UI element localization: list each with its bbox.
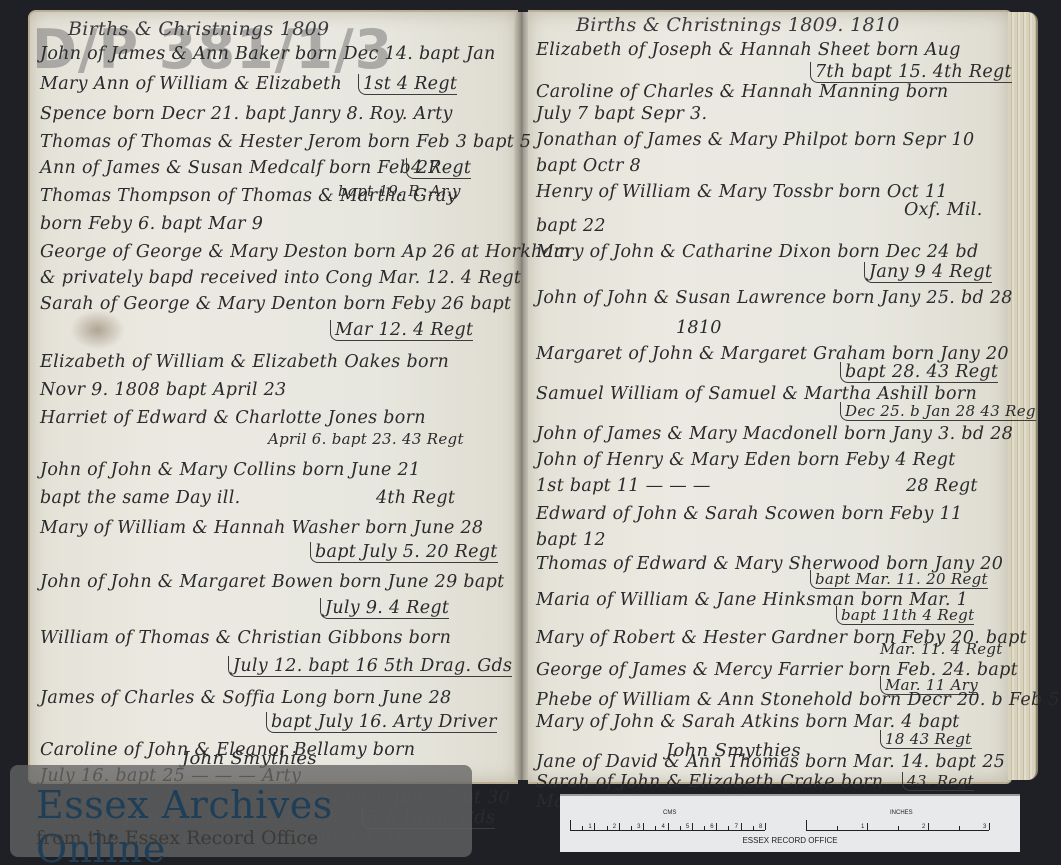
register-entry-line: 4 Regt — [406, 158, 471, 179]
ruler-minor-tick — [704, 826, 705, 830]
register-entry-line: 1810 — [676, 318, 722, 338]
ruler-tick-label: 2 — [613, 824, 616, 830]
ruler-tick — [741, 823, 742, 830]
register-entry-line: bapt 22 — [536, 216, 606, 236]
register-entry-line: Elizabeth of Joseph & Hannah Sheet born … — [536, 40, 961, 60]
register-entry-line: Mary of John & Catharine Dixon born Dec … — [536, 242, 979, 262]
ruler-tick — [594, 823, 595, 830]
register-entry-line: Mary of John & Sarah Atkins born Mar. 4 … — [536, 712, 960, 732]
register-entry-line: John of James & Mary Macdonell born Jany… — [536, 424, 1013, 444]
ruler-minor-tick — [728, 826, 729, 830]
ruler-tick — [867, 823, 868, 830]
register-entry-line: Edward of John & Sarah Scowen born Feby … — [536, 504, 962, 524]
ruler-minor-tick — [959, 826, 960, 830]
register-entry-line: 18 43 Regt — [880, 730, 972, 749]
register-entry-line: July 12. bapt 16 5th Drag. Gds — [228, 656, 512, 677]
right-page-signature: John Smythies — [666, 740, 801, 761]
register-entry-line: Novr 9. 1808 bapt April 23 — [40, 380, 287, 400]
register-entry-line: bapt the same Day ill. — [40, 488, 240, 508]
register-entry-line: July 7 bapt Sepr 3. — [536, 104, 707, 124]
ruler-tick — [692, 823, 693, 830]
register-entry-line: Mary Ann of William & Elizabeth — [40, 74, 342, 94]
ruler-minor-tick — [607, 826, 608, 830]
register-entry-line: Jany 9 4 Regt — [864, 262, 992, 283]
ruler-tick — [765, 823, 766, 830]
ruler-minor-tick — [753, 826, 754, 830]
ruler-minor-tick — [582, 826, 583, 830]
ruler-tick-label: 6 — [710, 824, 713, 830]
register-entry-line: Samuel William of Samuel & Martha Ashill… — [536, 384, 977, 404]
register-entry-line: William of Thomas & Christian Gibbons bo… — [40, 628, 451, 648]
ruler-tick — [928, 823, 929, 830]
ruler-tick-label: 3 — [983, 824, 986, 830]
ruler-minor-tick — [898, 826, 899, 830]
register-entry-line: 4th Regt — [376, 488, 455, 508]
ruler-minor-tick — [837, 826, 838, 830]
register-entry-line: bapt 12 — [536, 530, 606, 550]
cm-scale: 12345678 — [570, 820, 765, 831]
register-entry-line: 7th bapt 15. 4th Regt — [810, 62, 1012, 83]
left-page-heading: Births & Christnings 1809 — [68, 18, 329, 40]
inch-scale: 123 — [806, 820, 989, 831]
register-entry-line: Phebe of William & Ann Stonehold born De… — [536, 690, 1060, 710]
register-entry-line: John of John & Margaret Bowen born June … — [40, 572, 504, 592]
ruler-tick-label: 1 — [588, 824, 591, 830]
right-page-heading: Births & Christnings 1809. 1810 — [576, 14, 900, 36]
ruler-tick-label: 3 — [637, 824, 640, 830]
register-entry-line: Margaret of John & Margaret Graham born … — [536, 344, 1009, 364]
watermark-subtitle: from the Essex Record Office — [36, 827, 318, 849]
register-entry-line: Elizabeth of William & Elizabeth Oakes b… — [40, 352, 449, 372]
register-entry-line: George of George & Mary Deston born Ap 2… — [40, 242, 570, 262]
ruler-minor-tick — [680, 826, 681, 830]
inches-label: INCHES — [890, 810, 913, 816]
register-entry-line: bapt 11th 4 Regt — [836, 606, 974, 625]
register-entry-line: bapt Octr 8 — [536, 156, 641, 176]
ruler-tick — [989, 823, 990, 830]
register-entry-line: Mar 12. 4 Regt — [330, 320, 473, 341]
register-entry-line: Harriet of Edward & Charlotte Jones born — [40, 408, 426, 428]
register-entry-line: Thomas of Thomas & Hester Jerom born Feb… — [40, 132, 531, 152]
ruler-tick — [619, 823, 620, 830]
register-entry-line: Dec 25. b Jan 28 43 Reg — [840, 402, 1036, 421]
register-entry-line: bapt July 16. Arty Driver — [266, 712, 497, 733]
register-entry-line: July 9. 4 Regt — [320, 598, 449, 619]
register-entry-line: Jonathan of James & Mary Philpot born Se… — [536, 130, 974, 150]
register-entry-line: Mar. 11. 4 Regt — [880, 640, 1003, 658]
register-entry-line: Sarah of John & Elizabeth Crake born — [536, 772, 883, 792]
ruler-footer: ESSEX RECORD OFFICE — [560, 836, 1020, 845]
ruler-tick — [643, 823, 644, 830]
ruler-tick — [668, 823, 669, 830]
register-entry-line: bapt Mar. 11. 20 Regt — [810, 570, 988, 589]
register-entry-line: born Feby 6. bapt Mar 9 — [40, 214, 263, 234]
register-entry-line: 1st 4 Regt — [358, 74, 457, 95]
register-entry-line: John of James & Ann Baker born Dec 14. b… — [40, 44, 496, 64]
register-entry-line: Ann of James & Susan Medcalf born Feb 27 — [40, 158, 440, 178]
register-entry-line: Sarah of George & Mary Denton born Feby … — [40, 294, 511, 314]
register-entry-line: April 6. bapt 23. 43 Regt — [268, 430, 464, 448]
register-entry-line: John of Henry & Mary Eden born Feby 4 Re… — [536, 450, 956, 470]
ruler-tick-label: 4 — [662, 824, 665, 830]
register-entry-line: bapt July 5. 20 Regt — [310, 542, 498, 563]
ruler-minor-tick — [631, 826, 632, 830]
ruler-tick-label: 8 — [759, 824, 762, 830]
ruler-minor-tick — [655, 826, 656, 830]
ruler-tick-label: 1 — [861, 824, 864, 830]
register-entry-line: Henry of William & Mary Tossbr born Oct … — [536, 182, 948, 202]
register-entry-line: James of Charles & Soffia Long born June… — [40, 688, 451, 708]
ruler-tick-label: 5 — [686, 824, 689, 830]
ruler-tick-label: 2 — [922, 824, 925, 830]
register-entry-line: bapt 19. R. Ar.y — [338, 182, 461, 200]
register-entry-line: Oxf. Mil. — [904, 200, 983, 220]
register-entry-line: bapt 28. 43 Regt — [840, 362, 998, 383]
ruler-tick — [716, 823, 717, 830]
register-entry-line: Caroline of Charles & Hannah Manning bor… — [536, 82, 948, 102]
watermark-title: Essex Archives Online — [36, 783, 472, 865]
register-entry-line: John of John & Mary Collins born June 21 — [40, 460, 420, 480]
register-entry-line: & privately bapd received into Cong Mar.… — [40, 268, 521, 288]
ruler-tick-label: 7 — [735, 824, 738, 830]
register-entry-line: Spence born Decr 21. bapt Janry 8. Roy. … — [40, 104, 453, 124]
scale-ruler: CMS 12345678 INCHES 123 ESSEX RECORD OFF… — [560, 794, 1020, 852]
cms-label: CMS — [663, 810, 676, 816]
archive-watermark: Essex Archives Online from the Essex Rec… — [10, 765, 472, 857]
ink-stain — [70, 310, 125, 350]
register-entry-line: Mary of William & Hannah Washer born Jun… — [40, 518, 483, 538]
register-entry-line: 28 Regt — [906, 476, 978, 496]
register-entry-line: John of John & Susan Lawrence born Jany … — [536, 288, 1013, 308]
register-entry-line: 1st bapt 11 — — — — [536, 476, 711, 496]
register-entry-line: 43. Regt — [902, 772, 974, 791]
